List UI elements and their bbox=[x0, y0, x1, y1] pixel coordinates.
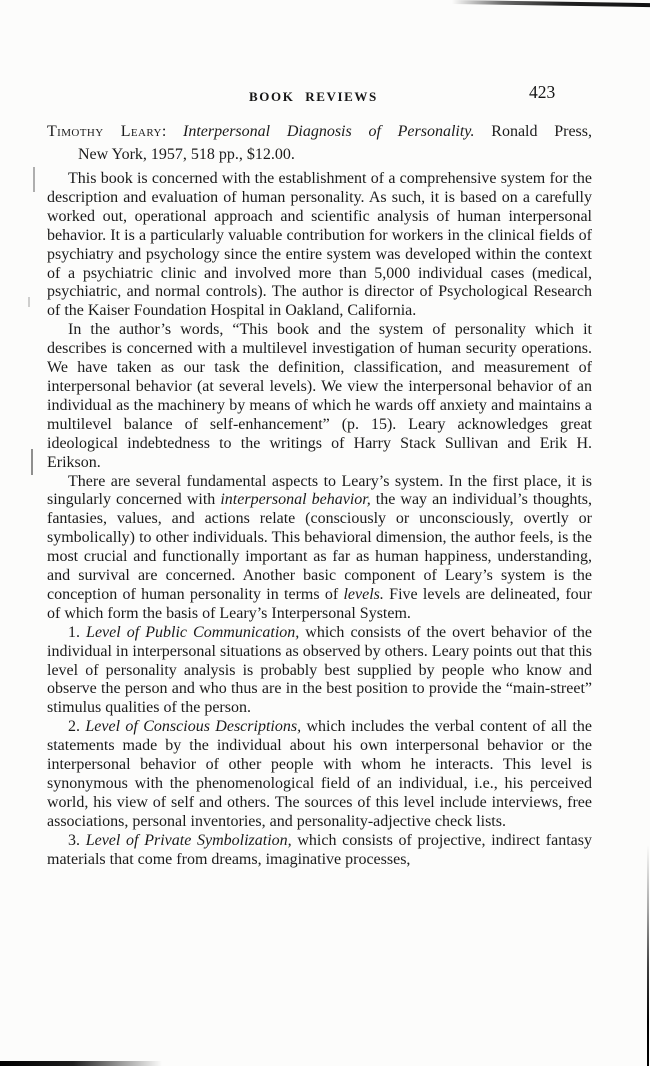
scan-margin-mark bbox=[28, 297, 30, 307]
citation-line1: Timothy Leary: Interpersonal Diagnosis o… bbox=[47, 121, 592, 144]
citation-line2: New York, 1957, 518 pp., $12.00. bbox=[47, 144, 592, 167]
italic-text-run: Level of Private Symbolization, bbox=[86, 832, 292, 849]
text-run: 1. bbox=[68, 624, 86, 641]
text-run: 3. bbox=[68, 832, 86, 849]
paragraph: 3. Level of Private Symbolization, which… bbox=[47, 832, 592, 870]
citation-book-title: Interpersonal Diagnosis of Personality. bbox=[183, 123, 475, 140]
scan-margin-mark bbox=[31, 449, 33, 475]
italic-text-run: Level of Public Communication, bbox=[86, 624, 299, 641]
italic-text-run: levels. bbox=[343, 586, 383, 603]
paragraph: 2. Level of Conscious Descriptions, whic… bbox=[47, 718, 592, 831]
citation-publisher: Ronald Press, bbox=[491, 123, 592, 140]
citation-colon: : bbox=[162, 123, 166, 140]
book-citation: Timothy Leary: Interpersonal Diagnosis o… bbox=[47, 121, 592, 166]
text-run: In the author’s words, “This book and th… bbox=[47, 321, 592, 470]
text-run: 2. bbox=[68, 718, 85, 735]
book-page: BOOK REVIEWS 423 Timothy Leary: Interper… bbox=[0, 0, 650, 1066]
text-run: This book is concerned with the establis… bbox=[47, 170, 592, 319]
italic-text-run: Level of Conscious Descriptions, bbox=[85, 718, 301, 735]
running-head: BOOK REVIEWS 423 bbox=[0, 0, 650, 110]
citation-author: Timothy Leary bbox=[47, 123, 162, 140]
paragraph: In the author’s words, “This book and th… bbox=[47, 321, 592, 472]
italic-text-run: interpersonal behavior, bbox=[220, 491, 370, 508]
page-header-title: BOOK REVIEWS bbox=[249, 89, 378, 105]
paragraph: 1. Level of Public Communication, which … bbox=[47, 624, 592, 719]
paragraph: This book is concerned with the establis… bbox=[47, 170, 592, 321]
scan-margin-mark bbox=[33, 167, 35, 192]
scan-edge-line-right bbox=[647, 845, 650, 1066]
page-number: 423 bbox=[529, 82, 555, 103]
paragraph: There are several fundamental aspects to… bbox=[47, 473, 592, 624]
review-body: This book is concerned with the establis… bbox=[47, 170, 592, 870]
scan-streak-bottom-left bbox=[0, 1061, 162, 1066]
